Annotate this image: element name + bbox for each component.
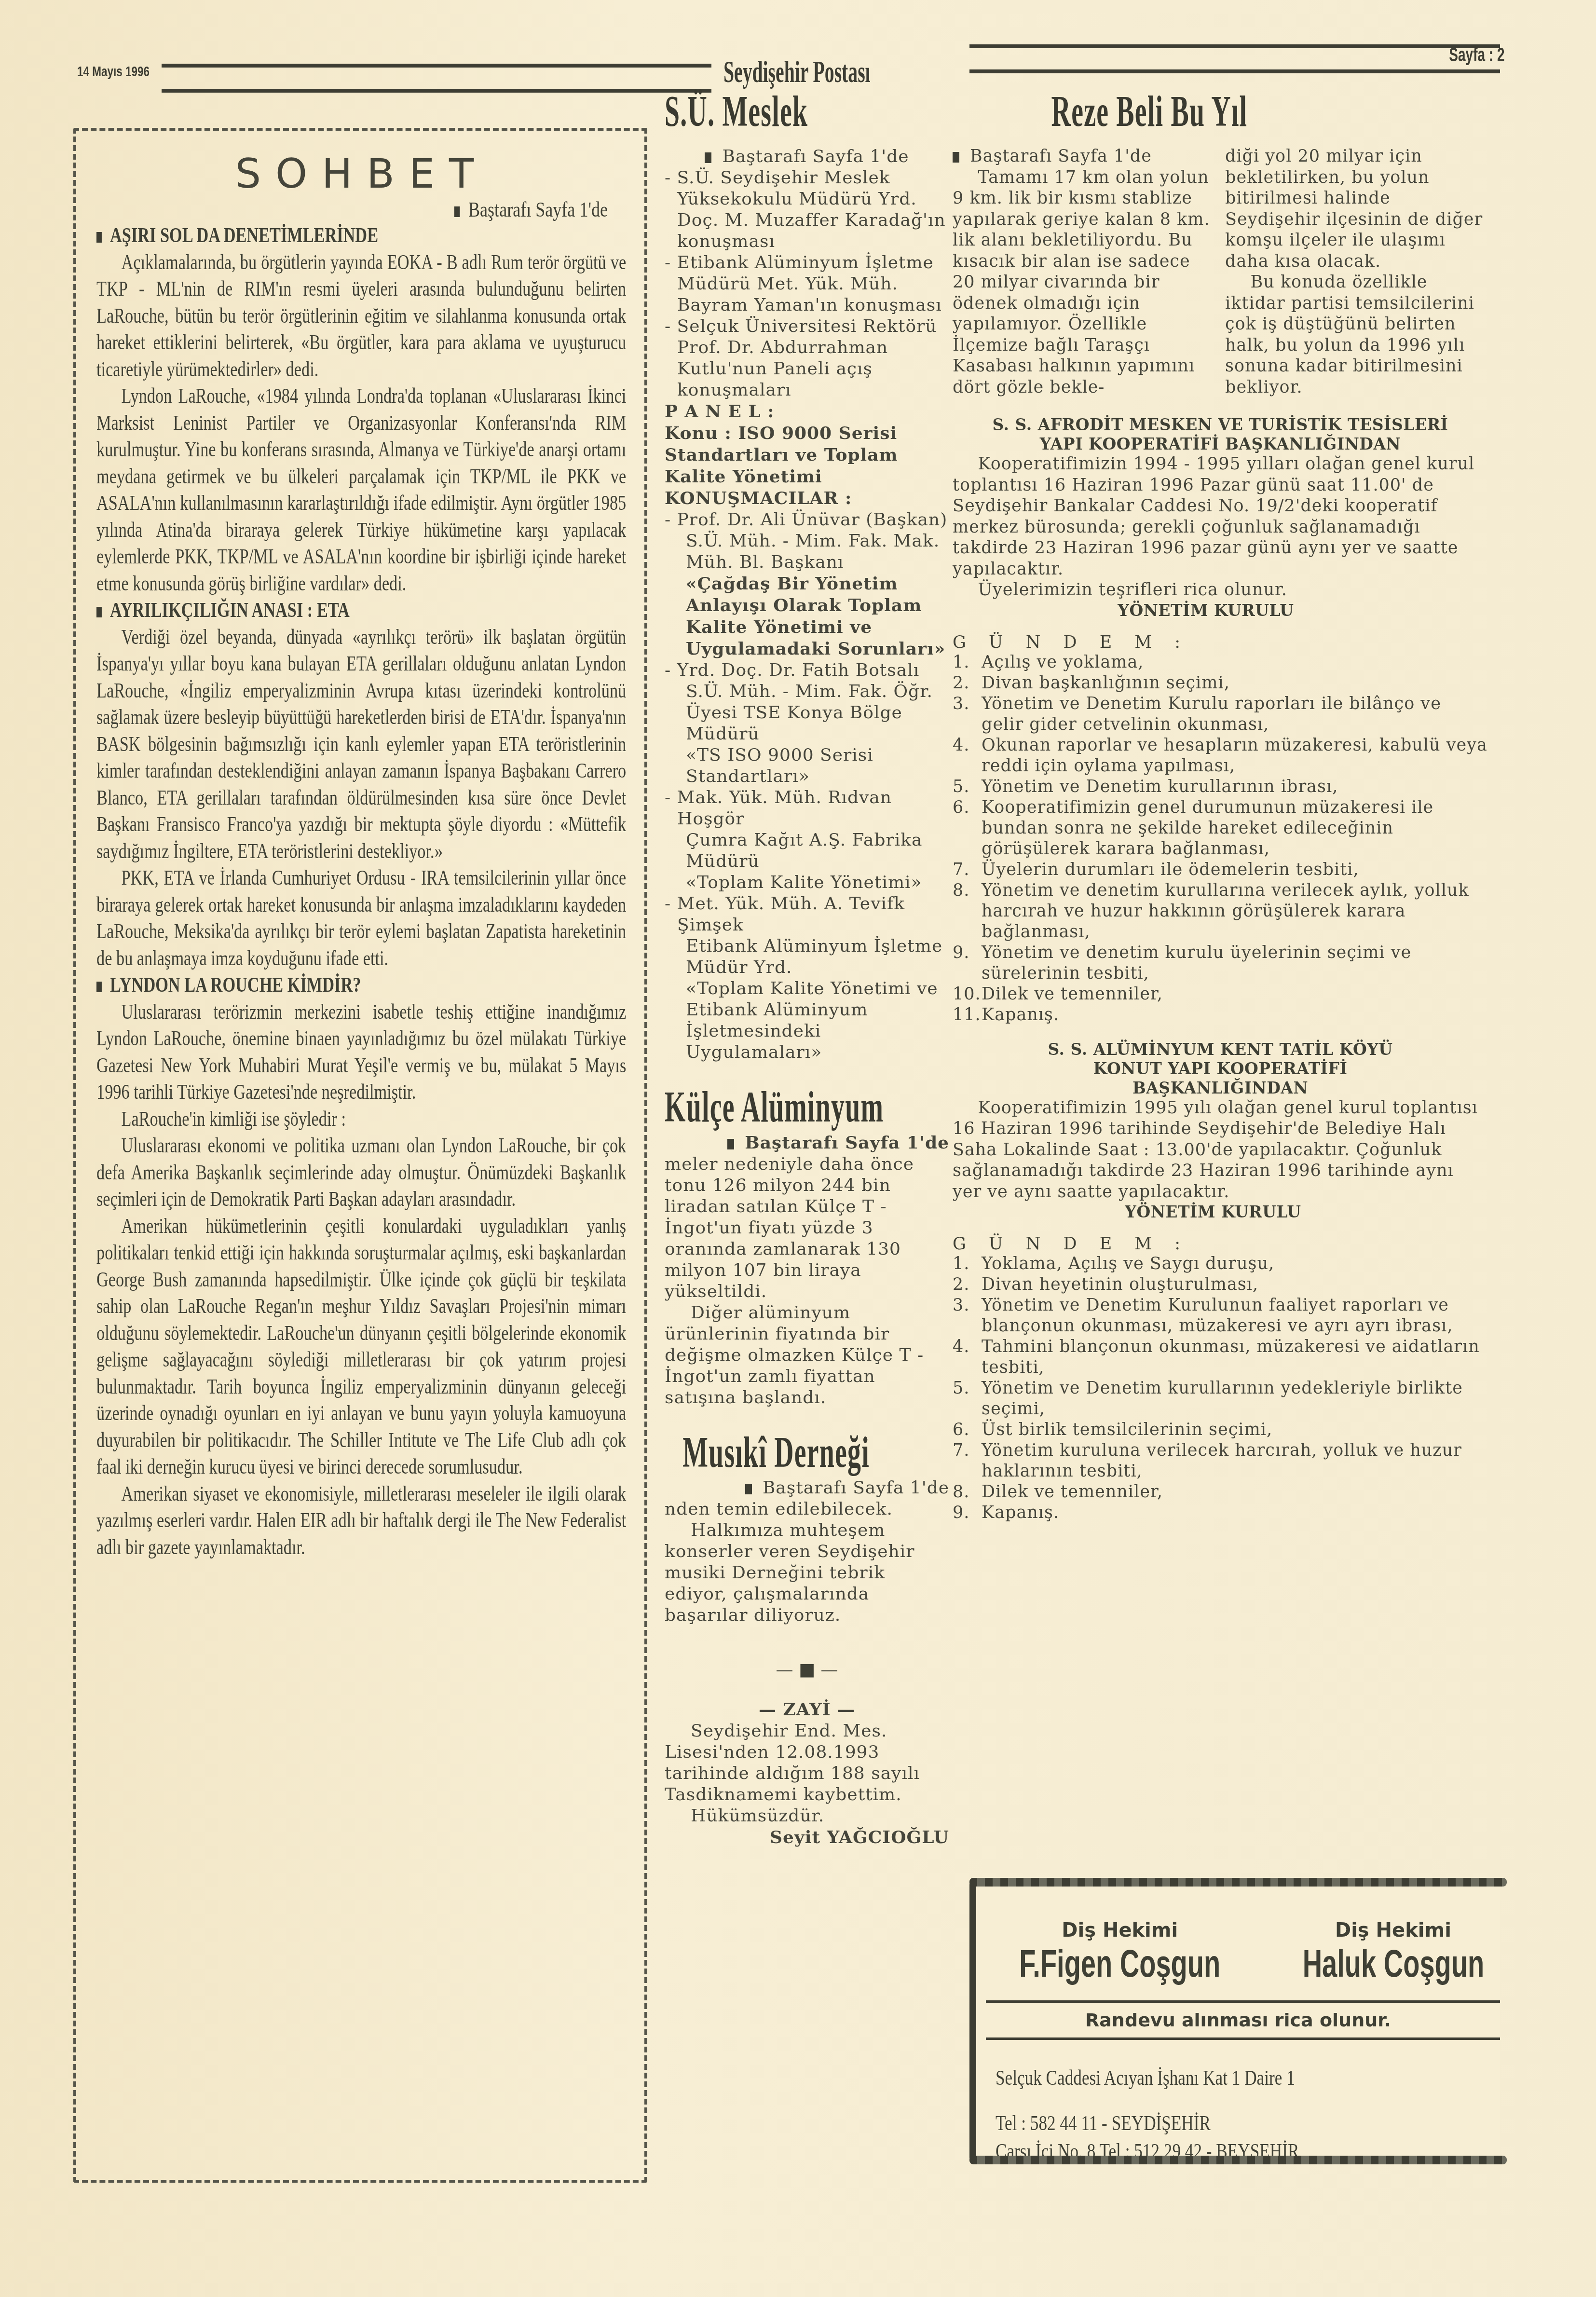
- paragraph: Amerikan hükümetlerinin çeşitli konulard…: [96, 1213, 626, 1480]
- speaker-title: Çumra Kağıt A.Ş. Fabrika Müdürü: [665, 830, 949, 872]
- agenda-item: 3.Yönetim ve Denetim Kurulu raporları il…: [953, 694, 1488, 735]
- program-item: - Selçuk Üniversitesi Rektörü Prof. Dr. …: [665, 316, 949, 401]
- continued-note: Baştarafı Sayfa 1'de: [189, 197, 608, 222]
- continued-note: Baştarafı Sayfa 1'de: [665, 1477, 949, 1499]
- program-item: - Etibank Alüminyum İşletme Müdürü Met. …: [665, 252, 949, 316]
- speaker-name: - Mak. Yük. Müh. Rıdvan Hoşgör: [665, 787, 949, 830]
- paragraph: Halkımıza muhteşem konserler veren Seydi…: [665, 1520, 949, 1626]
- agenda-item: 8.Yönetim ve denetim kurullarına verilec…: [953, 880, 1488, 943]
- paragraph: Açıklamalarında, bu örgütlerin yayında E…: [96, 249, 626, 383]
- doctor-1: Diş Hekimi F.Figen Coşgun: [976, 1919, 1264, 1986]
- paragraph: Lyndon LaRouche, «1984 yılında Londra'da…: [96, 383, 626, 597]
- masthead-rule-left: [162, 64, 711, 93]
- sohbet-body: AŞIRI SOL DA DENETİMLERİNDE Açıklamaları…: [96, 222, 626, 1560]
- ad-address: Selçuk Caddesi Acıyan İşhanı Kat 1 Daire…: [996, 2064, 1399, 2092]
- panel-label: P A N E L :: [665, 401, 949, 423]
- speaker-talk: «Çağdaş Bir Yönetim Anlayışı Olarak Topl…: [665, 573, 949, 660]
- paragraph: Amerikan siyaset ve ekonomisiyle, millet…: [96, 1480, 626, 1561]
- paragraph: Verdiği özel beyanda, dünyada «ayrılıkçı…: [96, 624, 626, 865]
- paragraph: nden temin edilebilecek.: [665, 1499, 949, 1520]
- paragraph: diği yol 20 milyar için bekletilirken, b…: [1225, 146, 1488, 272]
- paragraph: Tamamı 17 km olan yolun 9 km. lik bir kı…: [953, 167, 1215, 398]
- continued-note: Baştarafı Sayfa 1'de: [665, 1132, 949, 1154]
- reze-body: Baştarafı Sayfa 1'de Tamamı 17 km olan y…: [953, 146, 1488, 398]
- section-divider: — ■ —: [665, 1660, 949, 1680]
- newspaper-page: 14 Mayıs 1996 Seydişehir Postası Sayfa :…: [0, 0, 1596, 2297]
- continued-note: Baştarafı Sayfa 1'de: [665, 146, 949, 167]
- paragraph: meler nedeniyle daha önce tonu 126 milyo…: [665, 1154, 949, 1302]
- bullet-square-icon: [454, 206, 459, 217]
- agenda-item: 2.Divan heyetinin oluşturulması,: [953, 1274, 1488, 1295]
- sohbet-title: SOHBET: [96, 150, 627, 197]
- paragraph: Bu konuda özellikle iktidar partisi tems…: [1225, 272, 1488, 398]
- bullet-square-icon: [727, 1139, 734, 1149]
- agenda-item: 8.Dilek ve temenniler,: [953, 1482, 1488, 1503]
- agenda-list: 1.Yoklama, Açılış ve Saygı duruşu, 2.Div…: [953, 1254, 1488, 1523]
- agenda-item: 2.Divan başkanlığının seçimi,: [953, 673, 1488, 694]
- agenda-item: 7.Yönetim kuruluna verilecek harcırah, y…: [953, 1440, 1488, 1482]
- dentist-advertisement: Diş Hekimi F.Figen Coşgun Diş Hekimi Hal…: [969, 1879, 1500, 2163]
- doctor-2: Diş Hekimi Haluk Coşgun: [1264, 1919, 1523, 1986]
- zayi-void: Hükümsüzdür.: [665, 1805, 949, 1827]
- notice-body: Kooperatifimizin 1995 yılı olağan genel …: [953, 1098, 1488, 1203]
- speaker-title: S.Ü. Müh. - Mim. Fak. Mak. Müh. Bl. Başk…: [665, 531, 949, 573]
- paper-name: Seydişehir Postası: [723, 54, 871, 90]
- paragraph: PKK, ETA ve İrlanda Cumhuriyet Ordusu - …: [96, 864, 626, 971]
- middle-column: S.Ü. Meslek Baştarafı Sayfa 1'de - S.Ü. …: [665, 87, 949, 1848]
- masthead-rule-right: [969, 44, 1500, 73]
- ad-rule: [986, 2000, 1500, 2003]
- paragraph: Uluslararası ekonomi ve politika uzmanı …: [96, 1132, 626, 1213]
- notice-signer: YÖNETİM KURULU: [953, 601, 1459, 620]
- speaker-name: - Met. Yük. Müh. A. Tevifk Şimşek: [665, 893, 949, 936]
- wavy-border-bottom: [969, 2156, 1507, 2164]
- notice-heading: BAŞKANLIĞINDAN: [953, 1079, 1488, 1098]
- section-heading: AŞIRI SOL DA DENETİMLERİNDE: [96, 222, 626, 249]
- afrodit-notice: S. S. AFRODİT MESKEN VE TURİSTİK TESİSLE…: [953, 415, 1488, 1025]
- right-column: Reze Beli Bu Yıl Baştarafı Sayfa 1'de Ta…: [953, 87, 1488, 1523]
- reze-headline: Reze Beli Bu Yıl: [953, 87, 1284, 137]
- zayi-notice: — ZAYİ — Seydişehir End. Mes. Lisesi'nde…: [665, 1699, 949, 1848]
- bullet-square-icon: [705, 152, 711, 163]
- agenda-item: 4.Tahmini blançonun okunması, müzakeresi…: [953, 1337, 1488, 1378]
- agenda-item: 6.Kooperatifimizin genel durumunun müzak…: [953, 797, 1488, 860]
- paragraph: Uluslararası terörizmin merkezini isabet…: [96, 998, 626, 1106]
- agenda-item: 6.Üst birlik temsilcilerinin seçimi,: [953, 1420, 1488, 1440]
- musiki-headline: Musıkî Derneği: [665, 1428, 841, 1477]
- speaker-talk: «Toplam Kalite Yönetimi»: [665, 872, 949, 893]
- agenda-item: 10.Dilek ve temenniler,: [953, 984, 1488, 1005]
- continued-note: Baştarafı Sayfa 1'de: [953, 146, 1215, 167]
- zayi-heading: — ZAYİ —: [665, 1699, 949, 1721]
- musiki-body: Baştarafı Sayfa 1'de nden temin edilebil…: [665, 1477, 949, 1626]
- bullet-square-icon: [953, 152, 959, 163]
- kulce-body: Baştarafı Sayfa 1'de meler nedeniyle dah…: [665, 1132, 949, 1408]
- aluminyum-kent-notice: S. S. ALÜMİNYUM KENT TATİL KÖYÜ KONUT YA…: [953, 1040, 1488, 1524]
- zayi-text: Seydişehir End. Mes. Lisesi'nden 12.08.1…: [665, 1721, 949, 1805]
- page-number: Sayfa : 2: [1449, 44, 1505, 66]
- notice-invite: Üyelerimizin teşrifleri rica olunur.: [953, 580, 1488, 601]
- bullet-square-icon: [96, 607, 102, 617]
- agenda-label: G Ü N D E M :: [953, 1234, 1488, 1254]
- section-heading: LYNDON LA ROUCHE KİMDİR?: [96, 971, 626, 998]
- bullet-square-icon: [96, 982, 102, 992]
- zayi-signature: Seyit YAĞCIOĞLU: [665, 1827, 949, 1848]
- appointment-note: Randevu alınması rica olunur.: [976, 2010, 1500, 2031]
- agenda-list: 1.Açılış ve yoklama, 2.Divan başkanlığın…: [953, 652, 1488, 1025]
- speaker-name: - Yrd. Doç. Dr. Fatih Botsalı: [665, 660, 949, 681]
- bullet-square-icon: [745, 1484, 752, 1494]
- agenda-item: 5.Yönetim ve Denetim kurullarının ibrası…: [953, 777, 1488, 797]
- agenda-item: 4.Okunan raporlar ve hesapların müzakere…: [953, 735, 1488, 777]
- speaker-talk: «TS ISO 9000 Serisi Standartları»: [665, 745, 949, 787]
- speaker-talk: «Toplam Kalite Yönetimi ve Etibank Alümi…: [665, 978, 949, 1063]
- panel-topic: Konu : ISO 9000 Serisi Standartları ve T…: [665, 423, 949, 488]
- wavy-border-top: [969, 1878, 1507, 1887]
- meslek-body: Baştarafı Sayfa 1'de - S.Ü. Seydişehir M…: [665, 146, 949, 1063]
- agenda-item: 3.Yönetim ve Denetim Kurulunun faaliyet …: [953, 1295, 1488, 1337]
- agenda-item: 9.Yönetim ve denetim kurulu üyelerinin s…: [953, 943, 1488, 984]
- paragraph: LaRouche'in kimliği ise şöyledir :: [96, 1106, 626, 1133]
- notice-heading: KONUT YAPI KOOPERATİFİ: [953, 1059, 1488, 1079]
- notice-heading: YAPI KOOPERATİFİ BAŞKANLIĞINDAN: [953, 435, 1488, 454]
- program-item: - S.Ü. Seydişehir Meslek Yüksekokulu Müd…: [665, 167, 949, 252]
- agenda-label: G Ü N D E M :: [953, 633, 1488, 652]
- notice-body: Kooperatifimizin 1994 - 1995 yılları ola…: [953, 454, 1488, 580]
- speaker-title: Etibank Alüminyum İşletme Müdür Yrd.: [665, 936, 949, 978]
- speaker-title: S.Ü. Müh. - Mim. Fak. Öğr. Üyesi TSE Kon…: [665, 681, 949, 745]
- agenda-item: 7.Üyelerin durumları ile ödemelerin tesb…: [953, 860, 1488, 880]
- ad-phone-seydisehir: Tel : 582 44 11 - SEYDİŞEHİR: [996, 2109, 1399, 2137]
- issue-date: 14 Mayıs 1996: [77, 64, 150, 80]
- notice-signer: YÖNETİM KURULU: [953, 1203, 1473, 1222]
- speaker-name: - Prof. Dr. Ali Ünüvar (Başkan): [665, 509, 949, 531]
- section-heading: AYRILIKÇILIĞIN ANASI : ETA: [96, 597, 626, 624]
- kulce-headline: Külçe Alüminyum: [665, 1082, 841, 1132]
- sohbet-article-box: SOHBET Baştarafı Sayfa 1'de AŞIRI SOL DA…: [73, 128, 647, 2183]
- notice-heading: S. S. ALÜMİNYUM KENT TATİL KÖYÜ: [953, 1040, 1488, 1059]
- meslek-headline: S.Ü. Meslek: [665, 87, 841, 137]
- speakers-label: KONUŞMACILAR :: [665, 488, 949, 509]
- agenda-item: 11.Kapanış.: [953, 1005, 1488, 1025]
- notice-heading: S. S. AFRODİT MESKEN VE TURİSTİK TESİSLE…: [953, 415, 1488, 435]
- bullet-square-icon: [96, 232, 102, 243]
- agenda-item: 5.Yönetim ve Denetim kurullarının yedekl…: [953, 1378, 1488, 1420]
- agenda-item: 9.Kapanış.: [953, 1503, 1488, 1523]
- agenda-item: 1.Açılış ve yoklama,: [953, 652, 1488, 673]
- agenda-item: 1.Yoklama, Açılış ve Saygı duruşu,: [953, 1254, 1488, 1274]
- masthead: 14 Mayıs 1996 Seydişehir Postası Sayfa :…: [68, 34, 1505, 87]
- paragraph: Diğer alüminyum ürünlerinin fiyatında bi…: [665, 1302, 949, 1408]
- ad-rule: [986, 2037, 1500, 2040]
